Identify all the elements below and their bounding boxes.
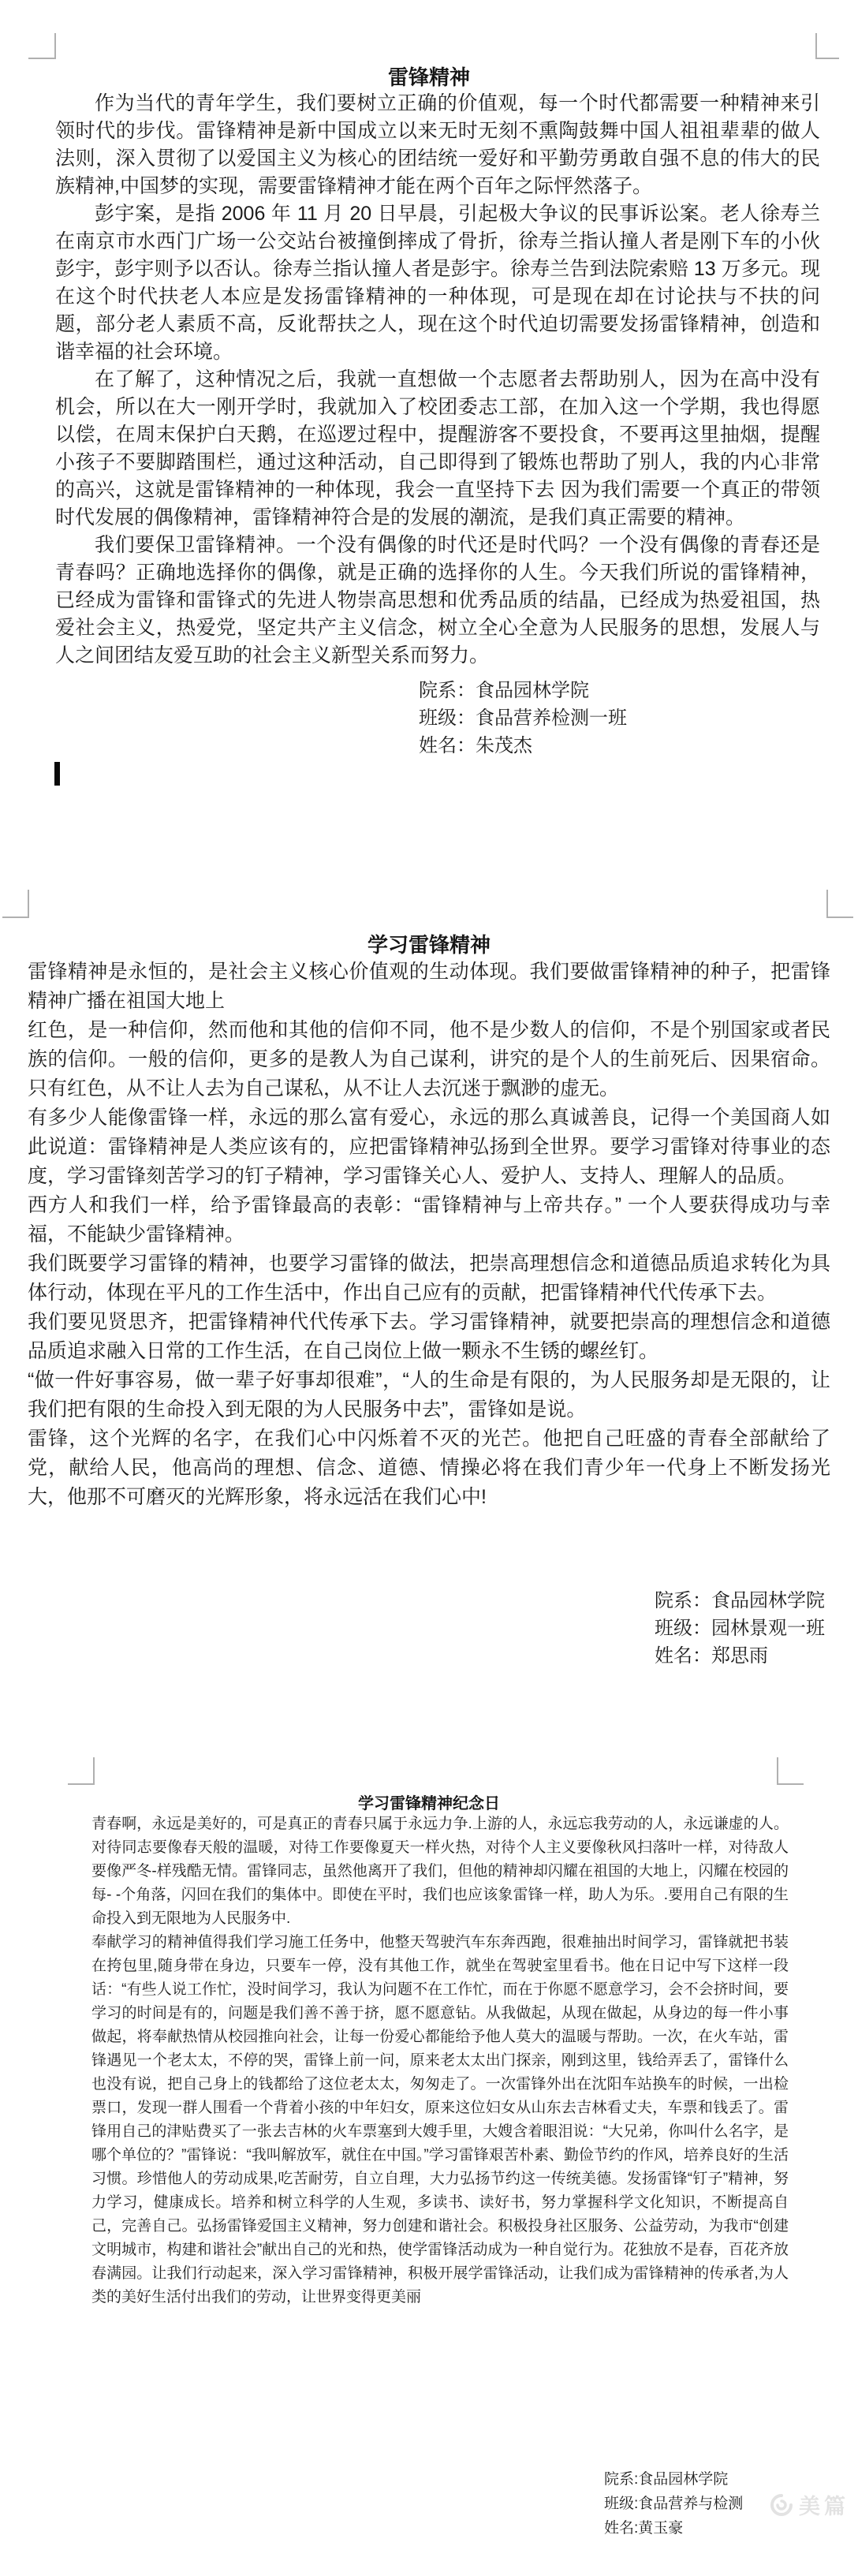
- paragraph: 我们要保卫雷锋精神。一个没有偶像的时代还是时代吗？一个没有偶像的青春还是青春吗？…: [55, 532, 820, 670]
- signature-dept: 院系：食品园林学院: [655, 1587, 825, 1615]
- page-corner-mark: [28, 33, 56, 59]
- paragraph: 有多少人能像雷锋一样，永远的那么富有爱心，永远的那么真诚善良，记得一个美国商人如…: [28, 1103, 830, 1191]
- page-corner-mark: [777, 1757, 804, 1785]
- document-canvas: 雷锋精神 作为当代的青年学生，我们要树立正确的价值观，每一个时代都需要一种精神来…: [0, 0, 858, 2576]
- signature-name: 姓名：朱茂杰: [419, 732, 627, 760]
- paragraph: 红色，是一种信仰，然而他和其他的信仰不同，他不是少数人的信仰，不是个别国家或者民…: [28, 1016, 830, 1103]
- paragraph: 我们要见贤思齐，把雷锋精神代代传承下去。学习雷锋精神，就要把崇高的理想信念和道德…: [28, 1308, 830, 1366]
- page-corner-mark: [826, 890, 853, 918]
- paragraph: 西方人和我们一样，给予雷锋最高的表彰：“雷锋精神与上帝共存。” 一个人要获得成功…: [28, 1191, 830, 1249]
- signature-dept: 院系：食品园林学院: [419, 677, 627, 704]
- paragraph: 雷锋，这个光辉的名字，在我们心中闪烁着不灭的光芒。他把自己旺盛的青春全部献给了党…: [28, 1424, 830, 1512]
- paragraph: 青春啊，永远是美好的，可是真正的青春只属于永远力争.上游的人，永远忘我劳动的人，…: [91, 1813, 789, 1931]
- essay2-signature: 院系：食品园林学院 班级：园林景观一班 姓名：郑思雨: [655, 1587, 825, 1670]
- paragraph: “做一件好事容易，做一辈子好事却很难”，“人的生命是有限的，为人民服务却是无限的…: [28, 1366, 830, 1424]
- signature-name: 姓名：郑思雨: [655, 1642, 825, 1670]
- paragraph: 雷锋精神是永恒的，是社会主义核心价值观的生动体现。我们要做雷锋精神的种子，把雷锋…: [28, 958, 830, 1016]
- paragraph: 在了解了，这种情况之后，我就一直想做一个志愿者去帮助别人，因为在高中没有机会，所…: [55, 366, 820, 532]
- signature-name: 姓名:黄玉豪: [604, 2516, 743, 2541]
- page-corner-mark: [2, 890, 29, 918]
- paragraph: 奉献学习的精神值得我们学习施工任务中，他整天驾驶汽车东奔西跑，很难抽出时间学习，…: [91, 1931, 789, 2309]
- page-corner-mark: [815, 33, 839, 59]
- meipian-logo-icon: [769, 2492, 794, 2518]
- essay3-title: 学习雷锋精神纪念日: [0, 1790, 858, 1813]
- meipian-watermark: 美篇: [769, 2489, 849, 2520]
- essay2-body: 雷锋精神是永恒的，是社会主义核心价值观的生动体现。我们要做雷锋精神的种子，把雷锋…: [28, 958, 830, 1512]
- essay2-title: 学习雷锋精神: [0, 929, 858, 958]
- essay3-signature: 院系:食品园林学院 班级:食品营养与检测 姓名:黄玉豪: [604, 2467, 743, 2541]
- essay1-title: 雷锋精神: [0, 62, 858, 91]
- signature-class: 班级：食品营养检测一班: [419, 704, 627, 732]
- essay3-body: 青春啊，永远是美好的，可是真正的青春只属于永远力争.上游的人，永远忘我劳动的人，…: [91, 1813, 789, 2309]
- signature-class: 班级:食品营养与检测: [604, 2492, 743, 2516]
- paragraph: 作为当代的青年学生，我们要树立正确的价值观，每一个时代都需要一种精神来引领时代的…: [55, 90, 820, 200]
- text-cursor[interactable]: [54, 762, 60, 786]
- signature-dept: 院系:食品园林学院: [604, 2467, 743, 2492]
- essay1-body: 作为当代的青年学生，我们要树立正确的价值观，每一个时代都需要一种精神来引领时代的…: [55, 90, 820, 670]
- page-corner-mark: [68, 1757, 95, 1785]
- signature-class: 班级：园林景观一班: [655, 1615, 825, 1642]
- paragraph: 彭宇案，是指 2006 年 11 月 20 日早晨，引起极大争议的民事诉讼案。老…: [55, 200, 820, 366]
- meipian-watermark-text: 美篇: [799, 2489, 849, 2520]
- essay1-signature: 院系：食品园林学院 班级：食品营养检测一班 姓名：朱茂杰: [419, 677, 627, 760]
- paragraph: 我们既要学习雷锋的精神，也要学习雷锋的做法，把崇高理想信念和道德品质追求转化为具…: [28, 1249, 830, 1308]
